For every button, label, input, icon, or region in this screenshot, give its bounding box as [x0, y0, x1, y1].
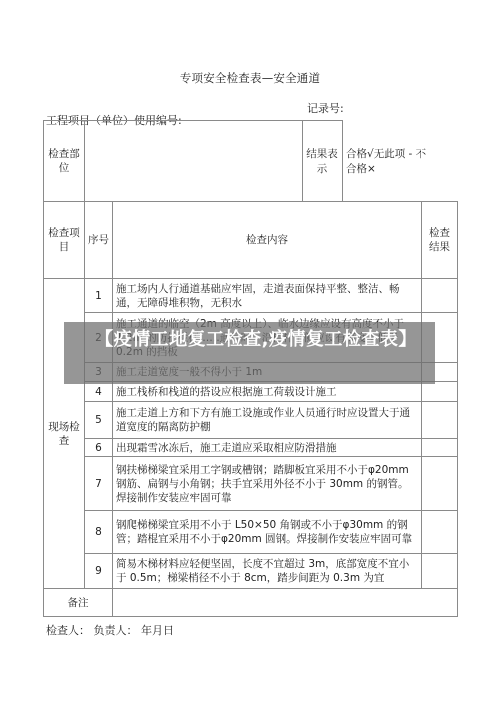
row-content: 出现霜雪冰冻后，施工走道应采取相应防滑措施 [113, 439, 422, 457]
result-legend-divider-left [302, 120, 303, 201]
table-row: 6 出现霜雪冰冻后，施工走道应采取相应防滑措施 [44, 439, 458, 457]
row-seq: 5 [85, 402, 113, 439]
row-result [422, 402, 458, 439]
col-header-result: 检查结果 [422, 202, 458, 279]
record-number-label: 记录号: [307, 100, 344, 116]
column-header-row: 检查项目 序号 检查内容 检查结果 [44, 202, 458, 279]
remarks-label: 备注 [44, 589, 113, 617]
row-seq: 8 [85, 511, 113, 554]
table-row: 4 施工栈桥和栈道的搭设应根据施工荷载设计施工 [44, 382, 458, 402]
table-row: 5 施工走道上方和下方有施工设施或作业人员通行时应设置大于通道宽度的隔离防护棚 [44, 402, 458, 439]
row-seq: 6 [85, 439, 113, 457]
row-content: 施工走道上方和下方有施工设施或作业人员通行时应设置大于通道宽度的隔离防护棚 [113, 402, 422, 439]
row-result [422, 279, 458, 313]
row-seq: 1 [85, 279, 113, 313]
result-legend-value: 合格√无此项 - 不合格× [346, 147, 430, 177]
row-content: 施工场内人行通道基础应牢固，走道表面保持平整、整洁、畅通，无障碍堆积物，无积水 [113, 279, 422, 313]
table-row: 9 简易木梯材料应轻便坚固，长度不宜超过 3m，底部宽度不宜小于 0.5m；梯梁… [44, 554, 458, 589]
row-result [422, 382, 458, 402]
row-seq: 4 [85, 382, 113, 402]
col-header-content: 检查内容 [113, 202, 422, 279]
document-title: 专项安全检查表—安全通道 [0, 70, 500, 86]
col-header-seq: 序号 [85, 202, 113, 279]
row-result [422, 439, 458, 457]
remarks-value [113, 589, 458, 617]
row-content: 钢扶梯梯梁宜采用工字钢或槽钢；踏脚板宜采用不小于φ20mm 钢筋、扁钢与小角钢；… [113, 457, 422, 511]
table-row: 现场检查 1 施工场内人行通道基础应牢固，走道表面保持平整、整洁、畅通，无障碍堆… [44, 279, 458, 313]
overlay-banner-text: 【疫情工地复工检查,疫情复工检查表】 [56, 327, 456, 352]
row-result [422, 511, 458, 554]
row-seq: 7 [85, 457, 113, 511]
row-content: 钢爬梯梯梁宜采用不小于 L50×50 角钢或不小于φ30mm 的钢管；踏棍宜采用… [113, 511, 422, 554]
result-legend-mask [421, 121, 422, 200]
row-seq: 9 [85, 554, 113, 589]
row-result [422, 457, 458, 511]
table-row: 8 钢爬梯梯梁宜采用不小于 L50×50 角钢或不小于φ30mm 的钢管；踏棍宜… [44, 511, 458, 554]
result-legend-divider-right [342, 120, 343, 201]
signature-line: 检查人： 负责人： 年月日 [46, 622, 174, 638]
col-header-item: 检查项目 [44, 202, 85, 279]
table-row: 7 钢扶梯梯梁宜采用工字钢或槽钢；踏脚板宜采用不小于φ20mm 钢筋、扁钢与小角… [44, 457, 458, 511]
remarks-row: 备注 [44, 589, 458, 617]
row-content: 施工栈桥和栈道的搭设应根据施工荷载设计施工 [113, 382, 422, 402]
result-legend-label: 结果表示 [303, 147, 341, 177]
row-result [422, 554, 458, 589]
location-label: 检查部位 [44, 121, 85, 202]
row-content: 简易木梯材料应轻便坚固，长度不宜超过 3m，底部宽度不宜小于 0.5m；梯梁梢径… [113, 554, 422, 589]
